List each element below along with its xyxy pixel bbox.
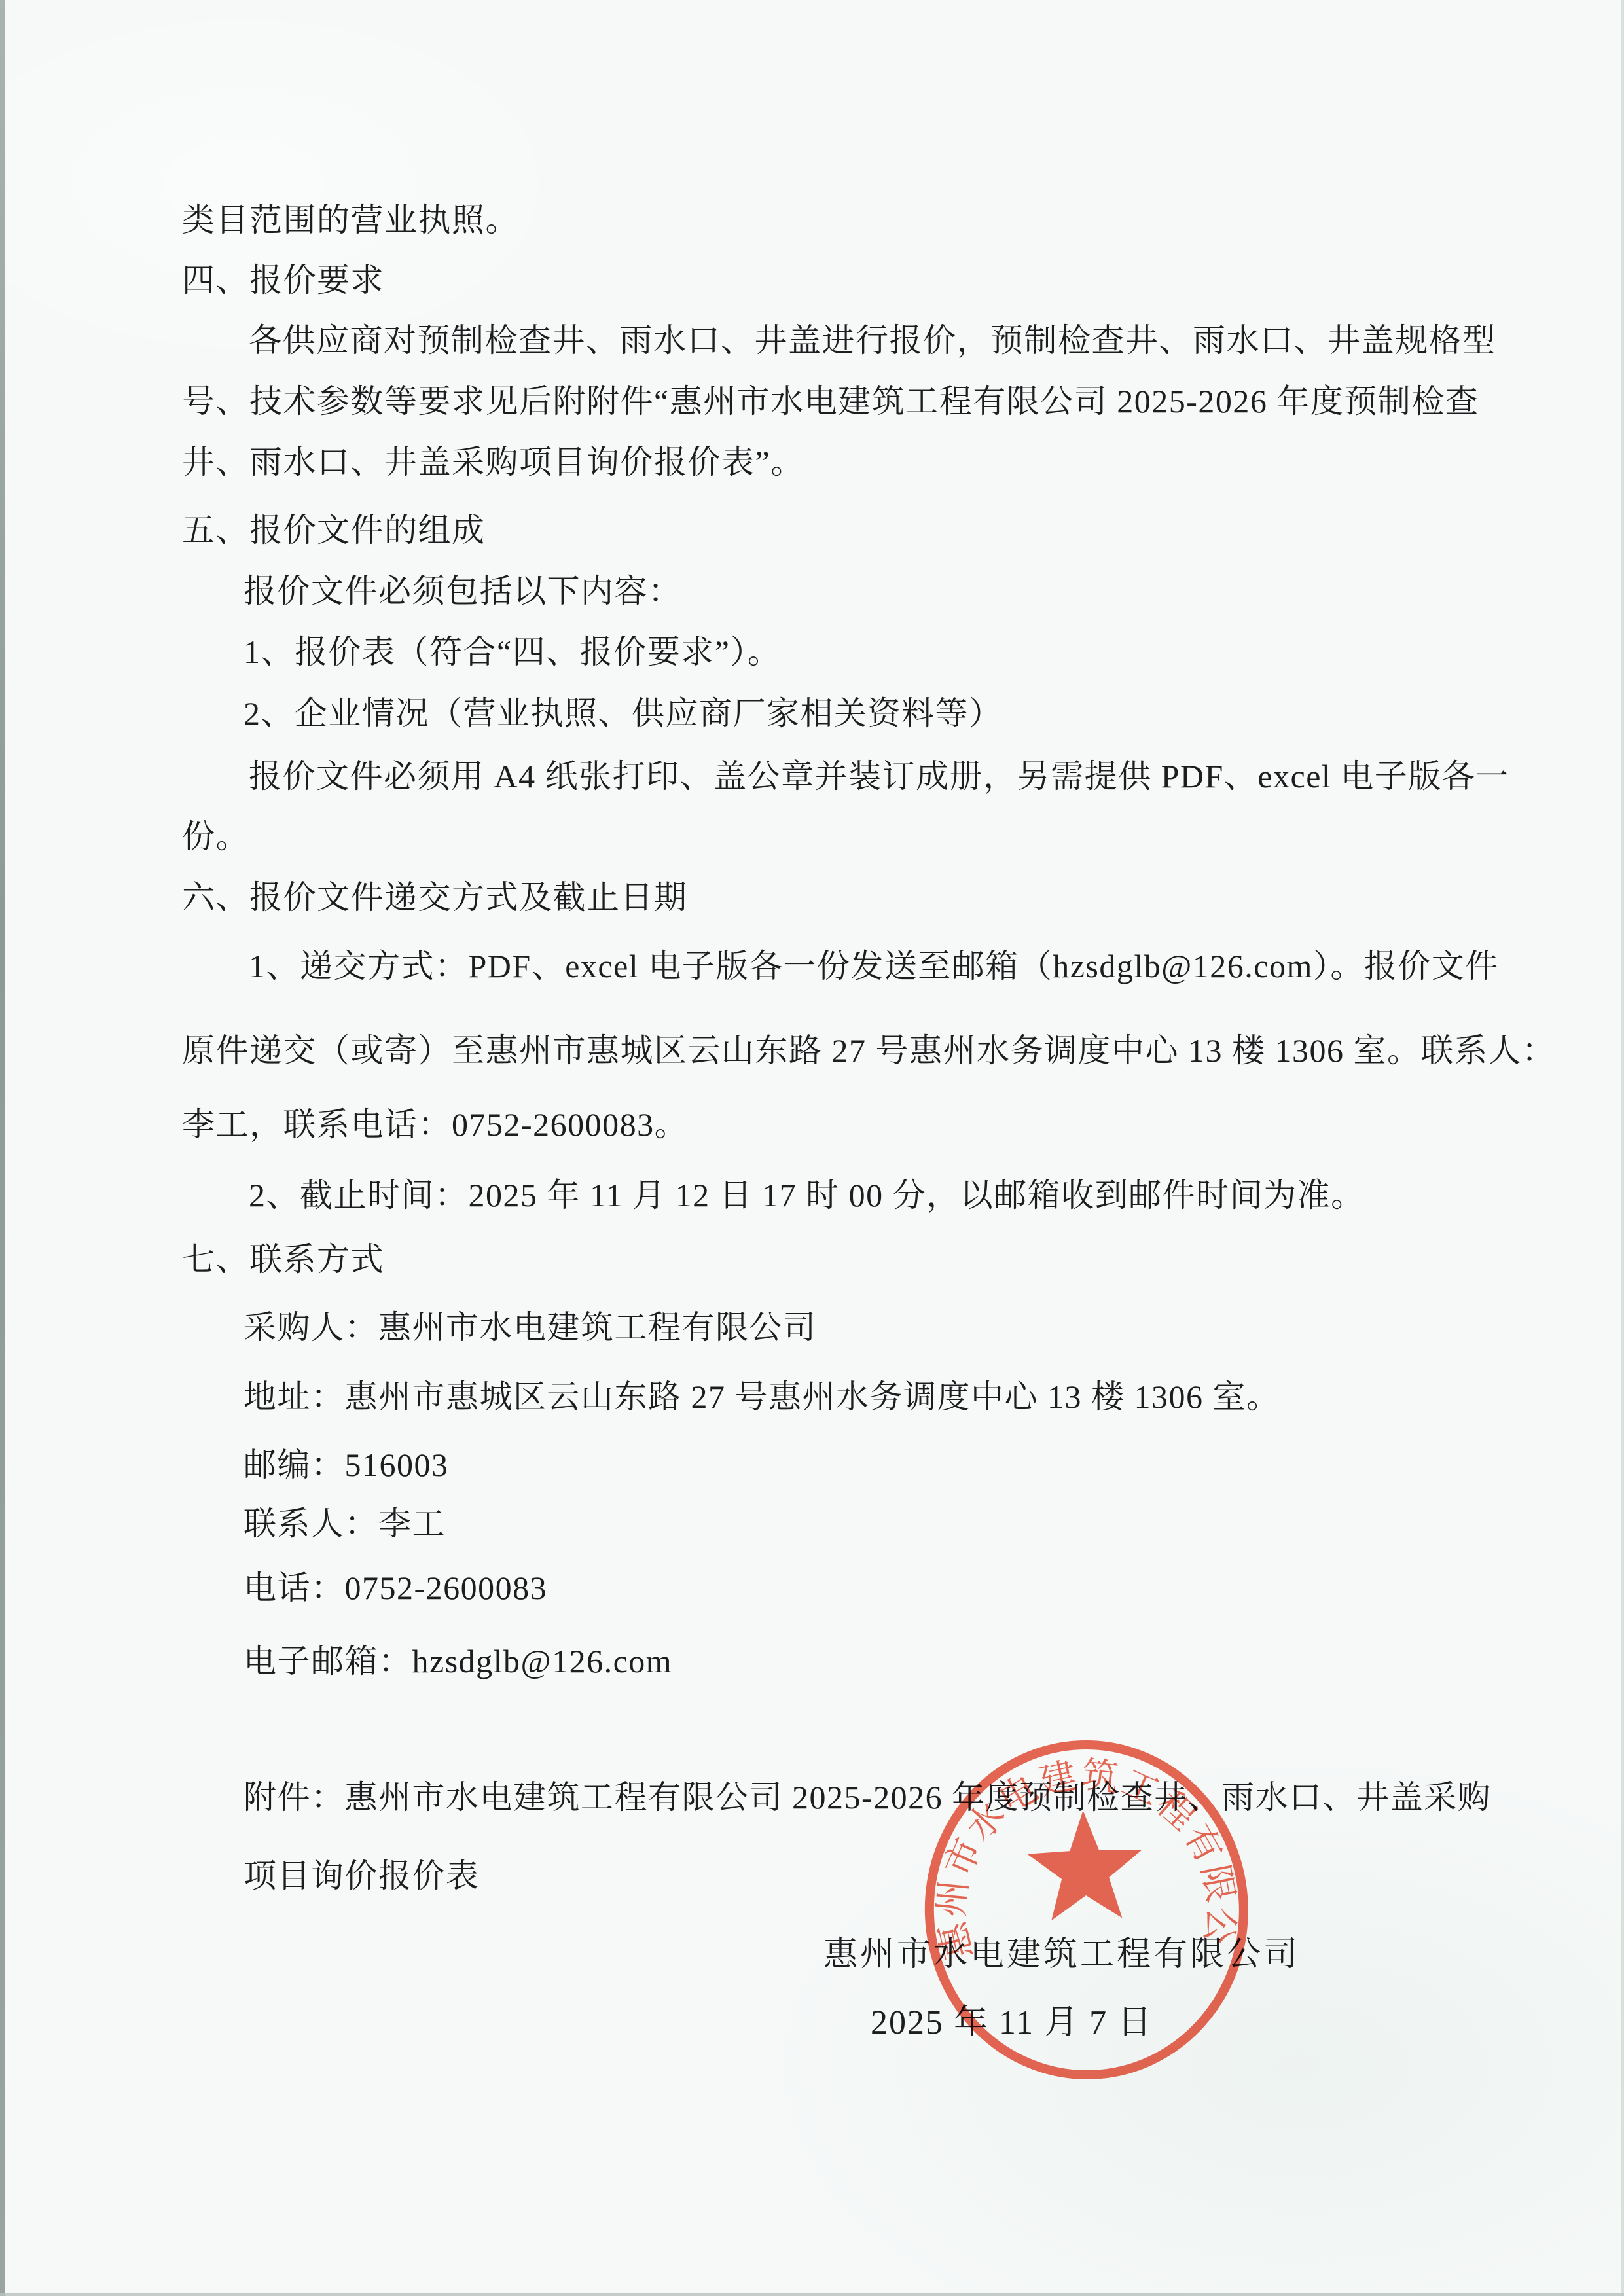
section-heading-4: 四、报价要求 [182,260,384,300]
submission-address-line: 原件递交（或寄）至惠州市惠城区云山东路 27 号惠州水务调度中心 13 楼 13… [182,1031,1556,1070]
body-line: 份。 [182,817,249,856]
section-heading-6: 六、报价文件递交方式及截止日期 [182,878,688,917]
body-line: 报价文件必须包括以下内容： [244,571,682,611]
submission-method-line: 1、递交方式：PDF、excel 电子版各一份发送至邮箱（hzsdglb@126… [249,946,1499,986]
body-line: 报价文件必须用 A4 纸张打印、盖公章并装订成册，另需提供 PDF、excel … [249,757,1509,796]
deadline-line: 2、截止时间：2025 年 11 月 12 日 17 时 00 分，以邮箱收到邮… [249,1175,1365,1215]
address-line: 地址：惠州市惠城区云山东路 27 号惠州水务调度中心 13 楼 1306 室。 [244,1377,1280,1416]
section-heading-7: 七、联系方式 [182,1240,384,1279]
postcode-line: 邮编：516003 [244,1445,449,1484]
list-item-1: 1、报价表（符合“四、报价要求”）。 [244,632,781,672]
list-item-2: 2、企业情况（营业执照、供应商厂家相关资料等） [244,694,1003,733]
scanned-document-page: { "page": { "background": "#f6f9f8", "in… [0,0,1624,2296]
contact-person-line: 联系人：李工 [244,1504,446,1543]
scan-edge-right [1621,0,1624,2296]
attachment-line-2: 项目询价报价表 [244,1856,480,1895]
email-line: 电子邮箱：hzsdglb@126.com [244,1641,672,1681]
body-line: 类目范围的营业执照。 [182,200,519,240]
contact-phone-line: 李工，联系电话：0752-2600083。 [182,1105,688,1144]
body-line: 号、技术参数等要求见后附附件“惠州市水电建筑工程有限公司 2025-2026 年… [182,382,1479,421]
company-seal: 惠州市水电建筑工程有限公司 [909,1729,1265,2097]
phone-line: 电话：0752-2600083 [244,1568,547,1607]
body-line: 各供应商对预制检查井、雨水口、井盖进行报价，预制检查井、雨水口、井盖规格型 [249,321,1496,360]
scan-edge-bottom [0,2293,1624,2296]
attachment-line: 附件：惠州市水电建筑工程有限公司 2025-2026 年度预制检查井、雨水口、井… [244,1778,1491,1817]
star-icon [1026,1808,1144,1921]
scan-edge-left [0,0,5,2296]
body-line: 井、雨水口、井盖采购项目询价报价表”。 [182,442,804,482]
purchaser-line: 采购人：惠州市水电建筑工程有限公司 [244,1308,817,1347]
section-heading-5: 五、报价文件的组成 [182,511,486,550]
